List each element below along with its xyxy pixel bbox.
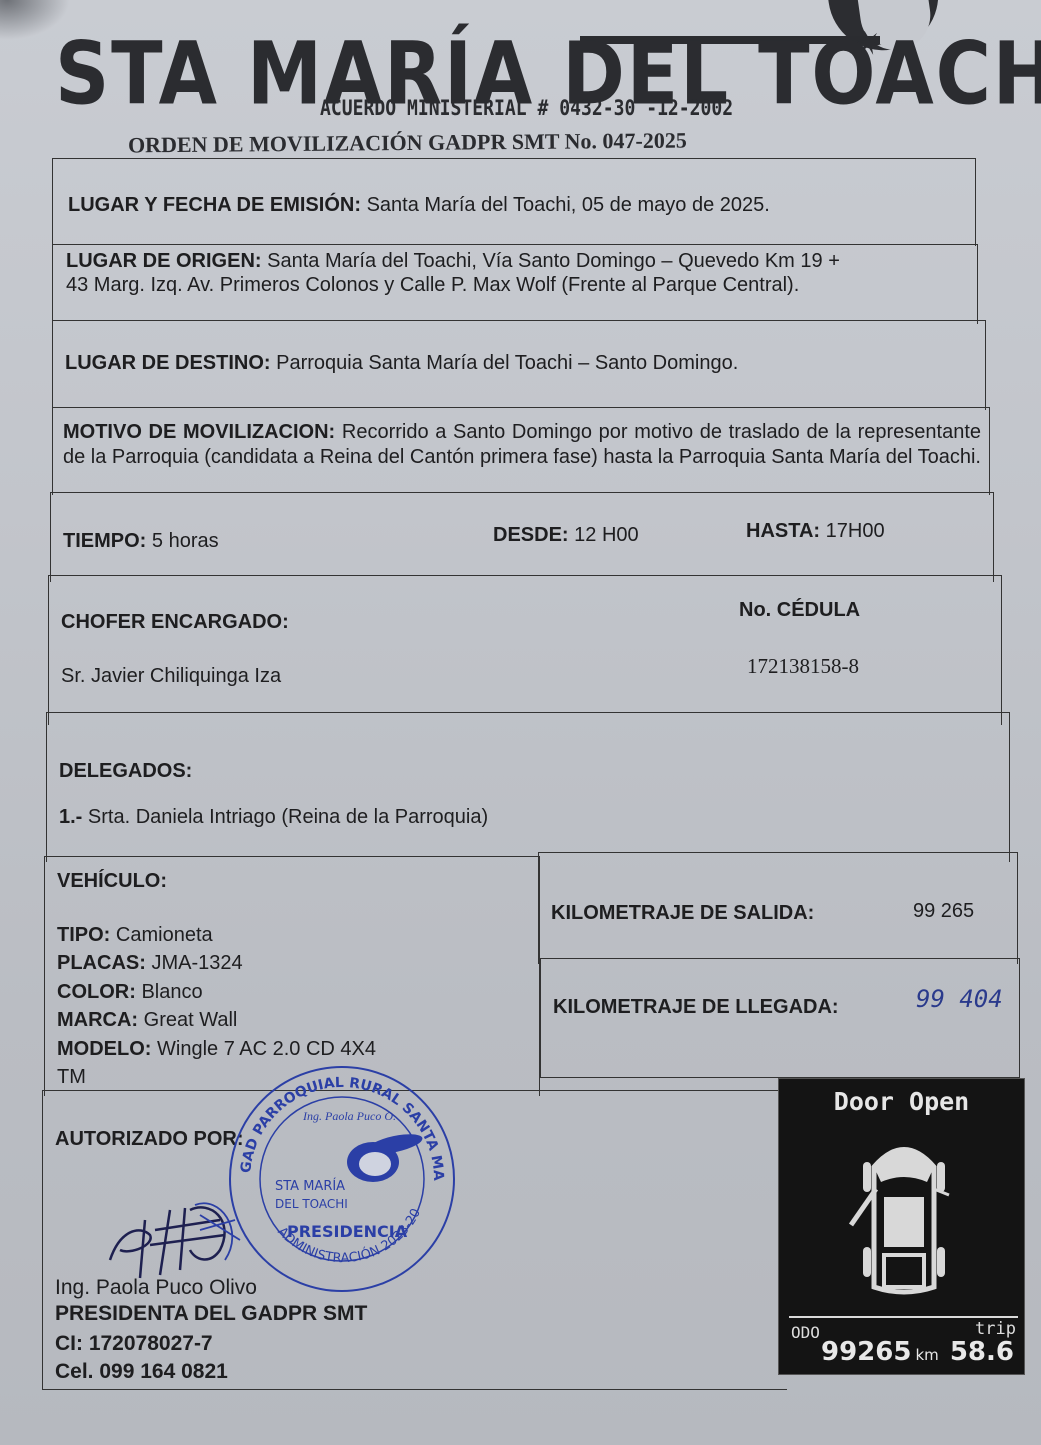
odo-value: 99265km	[821, 1337, 939, 1367]
row-km-llegada: KILOMETRAJE DE LLEGADA: 99 404	[540, 958, 1020, 1078]
delegado-text: Srta. Daniela Intriago (Reina de la Parr…	[88, 806, 488, 828]
door-open-title: Door Open	[779, 1087, 1024, 1116]
emision-label: LUGAR Y FECHA DE EMISIÓN:	[68, 194, 361, 216]
odometer-photo: Door Open ODO trip 99265km 58.6	[778, 1078, 1025, 1375]
marca-value: Great Wall	[144, 1009, 238, 1031]
destino-value: Parroquia Santa María del Toachi – Santo…	[276, 352, 738, 374]
delegados-label: DELEGADOS:	[59, 759, 192, 784]
color-label: COLOR:	[57, 981, 136, 1003]
trip-label: trip	[975, 1319, 1016, 1339]
stamp-logo-line2: DEL TOACHI	[275, 1197, 348, 1211]
row-vehiculo: VEHÍCULO: TIPO: Camioneta PLACAS: JMA-13…	[44, 856, 540, 1096]
desde-label: DESDE:	[493, 524, 569, 546]
document-photo: STA MARÍA DEL TOACHI ✶ ACUERDO MINISTERI…	[0, 0, 1041, 1445]
trip-value: 58.6	[950, 1337, 1014, 1367]
color-value: Blanco	[141, 981, 202, 1003]
row-origen: LUGAR DE ORIGEN: Santa María del Toachi,…	[52, 244, 978, 324]
acuerdo-ministerial: ACUERDO MINISTERIAL # 0432-30 -12-2002	[320, 96, 733, 120]
odo-label: ODO	[791, 1323, 820, 1342]
km-salida-label: KILOMETRAJE DE SALIDA:	[551, 901, 814, 926]
delegado-item: 1.- Srta. Daniela Intriago (Reina de la …	[59, 805, 488, 830]
tiempo-value: 5 horas	[152, 530, 219, 552]
stamp-center: PRESIDENCIA	[287, 1222, 408, 1241]
hasta-label: HASTA:	[746, 520, 820, 542]
modelo-label: MODELO:	[57, 1038, 151, 1060]
origen-value-1: Santa María del Toachi, Vía Santo Doming…	[267, 250, 840, 272]
modelo-cont: TM	[57, 1065, 86, 1090]
motivo-label: MOTIVO DE MOVILIZACION:	[63, 421, 335, 443]
cedula-value: 172138158-8	[747, 654, 859, 679]
autorizado-cel: Cel. 099 164 0821	[55, 1359, 228, 1384]
cedula-label: No. CÉDULA	[739, 598, 860, 623]
chofer-name: Sr. Javier Chiliquinga Iza	[61, 664, 281, 689]
odo-unit: km	[915, 1346, 938, 1364]
autorizado-ci: CI: 172078027-7	[55, 1331, 213, 1356]
stamp-logo-line1: STA MARÍA	[275, 1178, 345, 1194]
row-chofer: CHOFER ENCARGADO: Sr. Javier Chiliquinga…	[48, 575, 1002, 725]
row-emision: LUGAR Y FECHA DE EMISIÓN: Santa María de…	[52, 158, 976, 246]
km-salida-value: 99 265	[913, 899, 974, 924]
tipo-label: TIPO:	[57, 924, 110, 946]
row-motivo: MOTIVO DE MOVILIZACION: Recorrido a Sant…	[52, 407, 990, 495]
km-llegada-handwritten: 99 404	[916, 987, 1003, 1012]
row-destino: LUGAR DE DESTINO: Parroquia Santa María …	[52, 320, 986, 410]
presidencia-stamp: GAD PARROQUIAL RURAL SANTA MARÍA DEL TOA…	[225, 1062, 460, 1297]
tipo-value: Camioneta	[116, 924, 213, 946]
row-km-salida: KILOMETRAJE DE SALIDA: 99 265	[538, 852, 1018, 964]
desde-value: 12 H00	[574, 524, 639, 546]
hasta-value: 17H00	[826, 520, 885, 542]
delegado-num: 1.-	[59, 806, 82, 828]
autorizado-label: AUTORIZADO POR:	[55, 1127, 244, 1152]
placas-value: JMA-1324	[151, 952, 242, 974]
placas-label: PLACAS:	[57, 952, 146, 974]
modelo-value: Wingle 7 AC 2.0 CD 4X4	[157, 1038, 376, 1060]
origen-label: LUGAR DE ORIGEN:	[66, 250, 262, 272]
emision-value: Santa María del Toachi, 05 de mayo de 20…	[367, 194, 770, 216]
odo-number: 99265	[821, 1337, 911, 1367]
row-tiempo: TIEMPO: 5 horas DESDE: 12 H00 HASTA: 17H…	[50, 492, 994, 582]
tiempo-label: TIEMPO:	[63, 530, 146, 552]
divider	[789, 1316, 1018, 1318]
origen-value-2: 43 Marg. Izq. Av. Primeros Colonos y Cal…	[66, 273, 799, 298]
orden-title: ORDEN DE MOVILIZACIÓN GADPR SMT No. 047-…	[128, 128, 687, 159]
km-llegada-label: KILOMETRAJE DE LLEGADA:	[553, 995, 839, 1020]
marca-label: MARCA:	[57, 1009, 138, 1031]
car-door-open-icon	[849, 1137, 959, 1307]
autorizado-cargo: PRESIDENTA DEL GADPR SMT	[55, 1301, 367, 1326]
stamp-signer: Ing. Paola Puco O.	[302, 1109, 396, 1123]
row-delegados: DELEGADOS: 1.- Srta. Daniela Intriago (R…	[46, 712, 1010, 862]
destino-label: LUGAR DE DESTINO:	[65, 352, 271, 374]
vehiculo-label: VEHÍCULO:	[57, 869, 167, 894]
chofer-label: CHOFER ENCARGADO:	[61, 610, 289, 635]
